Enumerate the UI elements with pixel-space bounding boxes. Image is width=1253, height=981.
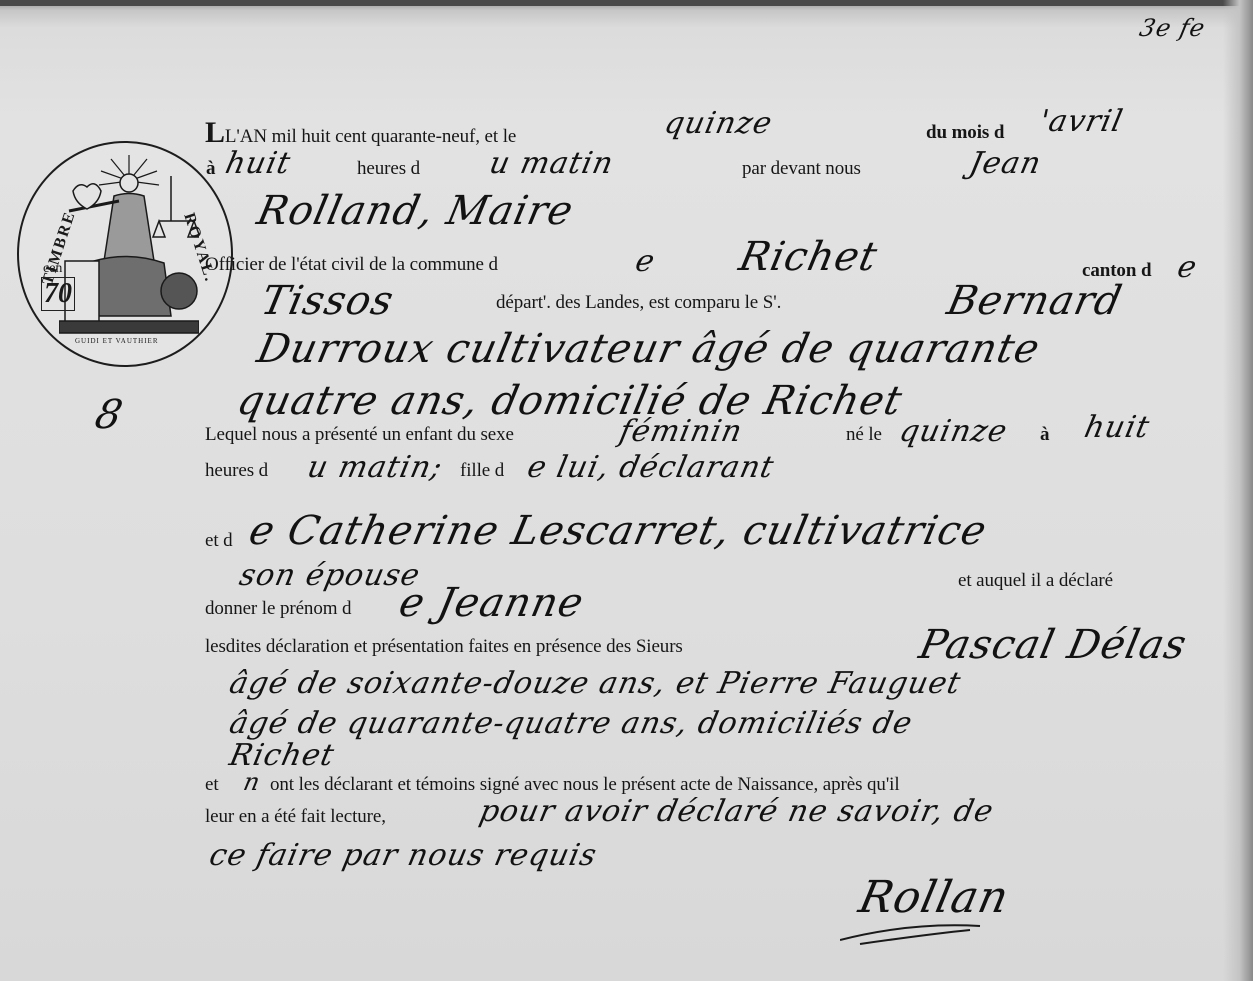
handwritten-child-name: e Jeanne <box>395 580 588 626</box>
printed-par-devant-nous: par devant nous <box>742 158 861 180</box>
handwritten-witness-residence: Richet <box>226 738 338 773</box>
royal-stamp: TIMBRE ROYAL. cen 70 GUIDI ET VAUTHIER <box>17 141 233 367</box>
handwritten-mayor-firstname: Jean <box>966 146 1044 181</box>
printed-du-mois: du mois d <box>926 122 1004 144</box>
handwritten-commune-e: e <box>632 244 658 279</box>
handwritten-matin-2: u matin; <box>304 450 446 485</box>
handwritten-mother: e Catherine Lescarret, cultivatrice <box>245 508 991 554</box>
margin-note: 8 <box>91 392 127 438</box>
handwritten-hour: huit <box>222 146 294 181</box>
stamp-denomination-unit: cen <box>43 261 62 277</box>
printed-fille: fille d <box>460 460 504 482</box>
printed-line-1a: LL'AN mil huit cent quarante-neuf, et le <box>205 116 516 150</box>
printed-auquel: et auquel il a déclaré <box>958 570 1113 592</box>
printed-signe: ont les déclarant et témoins signé avec … <box>270 774 900 796</box>
handwritten-sex: féminin <box>616 414 746 449</box>
handwritten-witness-details-2: âgé de quarante-quatre ans, domiciliés d… <box>226 706 916 741</box>
printed-heures-2: heures d <box>205 460 268 482</box>
printed-a: à <box>206 158 215 180</box>
stamp-denomination-value: 70 <box>41 277 75 311</box>
printed-a-2: à <box>1040 424 1049 446</box>
corner-note: 3e fe <box>1137 14 1208 42</box>
mayor-signature: Rollan <box>855 872 1014 923</box>
handwritten-matin: u matin <box>486 146 617 181</box>
document-page: 3e fe 8 TIMBRE RO <box>0 0 1253 981</box>
printed-ne-le: né le <box>846 424 882 446</box>
handwritten-son-epouse: son épouse <box>236 558 423 593</box>
handwritten-birth-day: quinze <box>896 414 1010 449</box>
handwritten-month: 'avril <box>1036 104 1126 139</box>
printed-officier: Officier de l'état civil de la commune d <box>205 254 498 276</box>
printed-lecture: leur en a été fait lecture, <box>205 806 386 828</box>
handwritten-declarant-details-2: quatre ans, domicilié de Richet <box>233 378 907 424</box>
handwritten-requis: ce faire par nous requis <box>206 838 600 873</box>
handwritten-declaration-note: pour avoir déclaré ne savoir, de <box>476 794 997 829</box>
handwritten-mayor-name: Rolland, Maire <box>253 188 578 234</box>
handwritten-birth-hour: huit <box>1081 410 1153 445</box>
scan-top-edge <box>0 0 1253 6</box>
printed-lesdites: lesdites déclaration et présentation fai… <box>205 636 683 658</box>
handwritten-declarant-firstname: Bernard <box>943 278 1126 324</box>
printed-heures: heures d <box>357 158 420 180</box>
printed-et-de: et d <box>205 530 233 552</box>
handwritten-witness-1: Pascal Délas <box>915 622 1191 668</box>
printed-lequel: Lequel nous a présenté un enfant du sexe <box>205 424 514 446</box>
handwritten-commune: Richet <box>735 234 882 280</box>
handwritten-day: quinze <box>661 106 775 141</box>
printed-departement: départ'. des Landes, est comparu le S'. <box>496 292 781 314</box>
printed-donner-prenom: donner le prénom d <box>205 598 351 620</box>
liberty-figure-icon <box>59 151 199 341</box>
handwritten-canton-e: e <box>1174 250 1200 285</box>
handwritten-declarant-details-1: Durroux cultivateur âgé de quarante <box>253 326 1044 372</box>
handwritten-canton: Tissos <box>257 278 398 324</box>
scan-right-edge <box>1223 0 1253 981</box>
printed-et: et <box>205 774 219 796</box>
signature-flourish-icon <box>840 920 990 946</box>
stamp-maker: GUIDI ET VAUTHIER <box>75 337 159 345</box>
handwritten-father: e lui, déclarant <box>524 450 777 485</box>
handwritten-witness-details-1: âgé de soixante-douze ans, et Pierre Fau… <box>226 666 964 701</box>
